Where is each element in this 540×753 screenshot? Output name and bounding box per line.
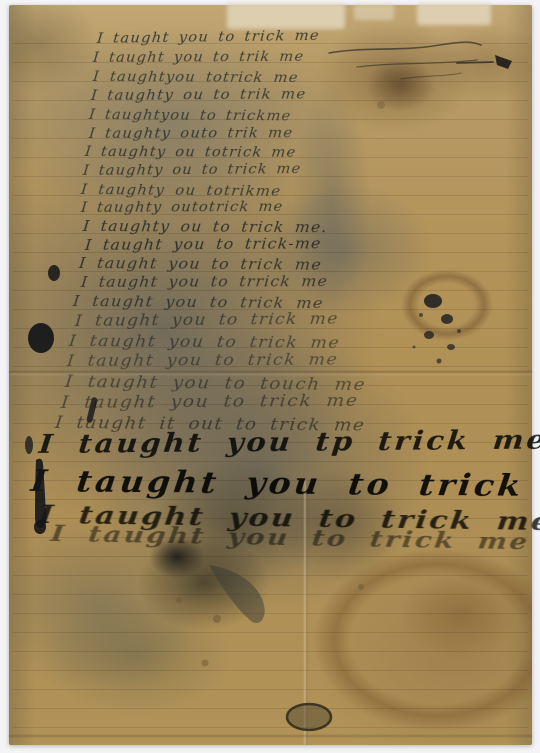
handwritten-line: I taught you to trick me: [78, 256, 323, 273]
handwritten-line: I taught you to trick me: [66, 352, 339, 369]
handwritten-line: I taughtyou to trickme: [88, 108, 292, 123]
handwritten-line: I taught you to trick me: [29, 467, 540, 503]
handwritten-line: I taught you tp trick me: [38, 428, 540, 458]
handwritten-line: I taught you to trick me: [60, 393, 359, 412]
handwritten-line: I taught you to trrick me: [80, 274, 328, 290]
handwritten-line: I taughty outotrick me: [80, 200, 284, 215]
handwritten-line: I taughty ou to trick me: [82, 162, 302, 178]
handwritten-line: I taught you to trik me: [92, 50, 305, 65]
handwritten-line: I taught you to trick-me: [84, 236, 322, 253]
handwriting-lines: I taught you to trick meI taught you to …: [9, 5, 532, 745]
handwritten-line: I taughtyou totrick me: [92, 70, 299, 85]
handwritten-line: I taughty outo trik me: [88, 126, 294, 141]
handwritten-line: I taught you to trick me: [68, 333, 341, 351]
handwritten-line: I taughty ou to trick me.: [82, 219, 328, 235]
handwritten-line: I taught you to trick me: [96, 29, 320, 46]
handwritten-line: I taught you to trick me: [74, 311, 339, 329]
handwritten-line: I taughty ou totrikme: [80, 183, 282, 199]
handwritten-line: I taught you to trick me: [50, 523, 531, 553]
stained-paper: I taught you to trick meI taught you to …: [9, 5, 532, 745]
handwritten-line: I taughty ou totrick me: [84, 145, 297, 160]
handwritten-line: I taughty ou to trik me: [90, 87, 307, 103]
